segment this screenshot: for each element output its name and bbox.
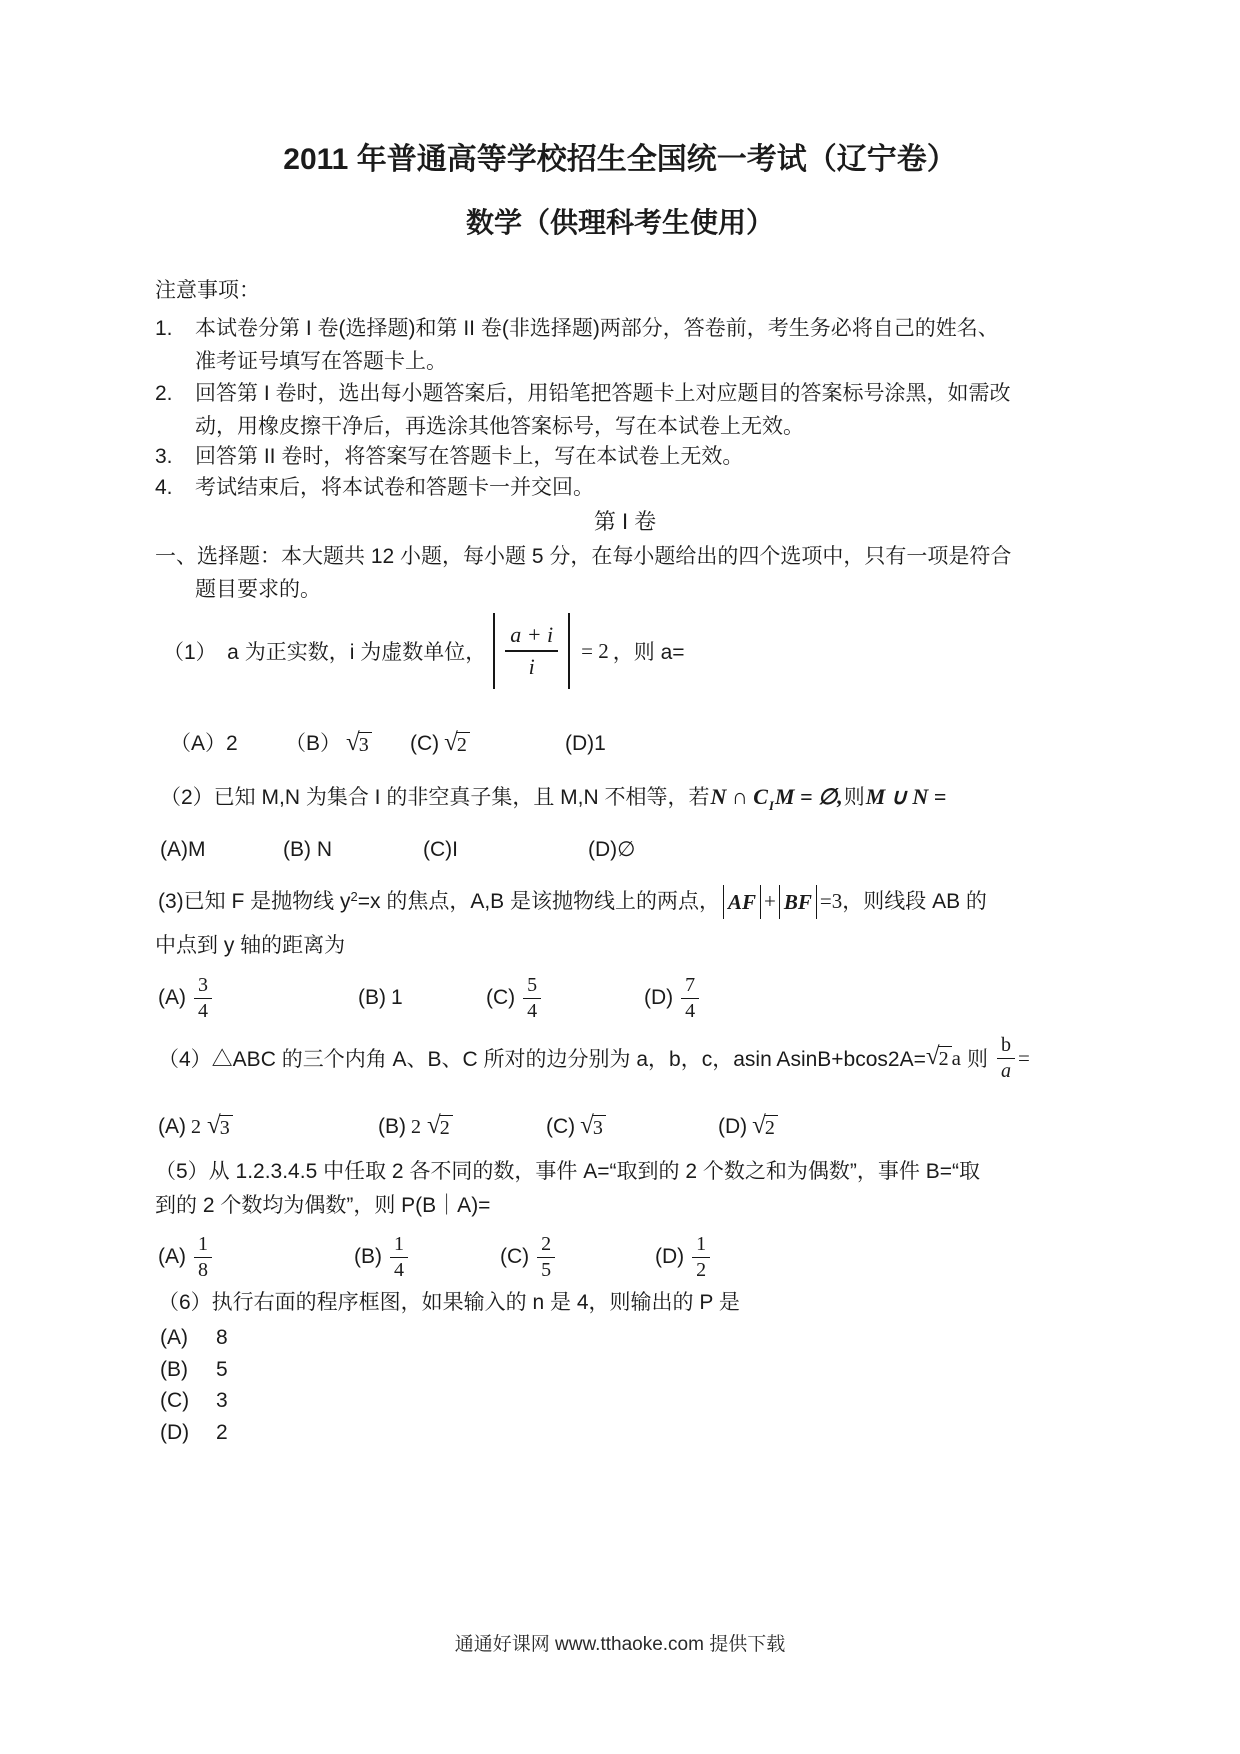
question-5-options: (A)18 (B)14 (C)25 (D)12 [158, 1229, 1098, 1285]
option-c: (C)√3 [546, 1108, 718, 1146]
fraction: a + i i [505, 623, 558, 679]
question-5: （5）从 1.2.3.4.5 中任取 2 各不同的数，事件 A=“取到的 2 个… [155, 1155, 1095, 1223]
fraction: 12 [692, 1233, 710, 1282]
sqrt-radical: √2 [752, 1115, 778, 1139]
notice-item-1: 1. 本试卷分第 I 卷(选择题)和第 II 卷(非选择题)两部分，答卷前，考生… [155, 312, 1095, 378]
fraction: ba [997, 1034, 1015, 1083]
fraction: 14 [390, 1233, 408, 1282]
sqrt-radical: √3 [207, 1115, 233, 1139]
option-c: (C)25 [500, 1233, 655, 1282]
page-title: 2011 年普通高等学校招生全国统一考试（辽宁卷） [0, 140, 1240, 180]
section-intro: 一、选择题：本大题共 12 小题，每小题 5 分，在每小题给出的四个选项中，只有… [155, 540, 1095, 606]
option-d: (D)2 [160, 1417, 1100, 1449]
sqrt-radical: √2 [926, 1046, 952, 1070]
fraction: 34 [194, 974, 212, 1023]
option-d: (D)√2 [718, 1108, 1098, 1146]
question-4: （4）△ABC 的三个内角 A、B、C 所对的边分别为 a，b，c，asin A… [158, 1026, 1098, 1090]
option-a: (A)M [160, 832, 283, 868]
fraction: 18 [194, 1233, 212, 1282]
question-1-options: （A）2 （B）√3 (C)√2 (D)1 [170, 720, 1110, 768]
option-a: (A)18 [158, 1233, 354, 1282]
option-c: (C)√2 [410, 724, 565, 764]
notice-item-4: 4. 考试结束后，将本试卷和答题卡一并交回。 [155, 471, 1095, 504]
option-a: (A)8 [160, 1322, 1100, 1354]
question-2-options: (A)M (B) N (C)I (D)∅ [160, 832, 1100, 868]
option-d: (D)12 [655, 1233, 1098, 1282]
fraction: 74 [681, 974, 699, 1023]
question-1: （1） a 为正实数，i 为虚数单位， a + i i = 2 ，则 a= [163, 612, 1103, 690]
option-b: (B) N [283, 832, 423, 868]
question-3-options: (A)34 (B)1 (C)54 (D)74 [158, 970, 1098, 1026]
question-2: （2）已知 M,N 为集合 I 的非空真子集，且 M,N 不相等，若N ∩ CI… [160, 780, 1100, 823]
option-a: （A）2 [170, 724, 285, 764]
question-6: （6）执行右面的程序框图，如果输入的 n 是 4，则输出的 P 是 [158, 1287, 1098, 1319]
option-b: (B)5 [160, 1354, 1100, 1386]
option-c: (C)54 [486, 974, 644, 1023]
sqrt-radical: √3 [580, 1115, 606, 1139]
option-b: (B)2√2 [378, 1108, 546, 1146]
notice-item-number: 3. [155, 440, 195, 473]
option-b: (B)1 [358, 986, 486, 1010]
notice-item-number: 2. [155, 377, 195, 443]
absolute-value-bars: AF [723, 885, 761, 919]
volume-heading: 第 I 卷 [155, 505, 1095, 539]
exam-paper-page: 2011 年普通高等学校招生全国统一考试（辽宁卷） 数学（供理科考生使用） 注意… [0, 0, 1240, 1754]
sqrt-radical: √3 [346, 732, 372, 756]
question-3: (3)已知 F 是抛物线 y2=x 的焦点，A,B 是该抛物线上的两点，AF+B… [158, 878, 1098, 921]
sqrt-radical: √2 [444, 732, 470, 756]
option-c: (C)I [423, 832, 588, 868]
sqrt-radical: √2 [427, 1115, 453, 1139]
notice-item-number: 4. [155, 471, 195, 504]
notice-heading: 注意事项： [155, 276, 1095, 306]
question-4-options: (A)2√3 (B)2√2 (C)√3 (D)√2 [158, 1108, 1098, 1146]
notice-item-number: 1. [155, 312, 195, 378]
fraction: 54 [523, 974, 541, 1023]
option-d: (D)1 [565, 724, 1110, 764]
fraction: 25 [537, 1233, 555, 1282]
question-6-options: (A)8 (B)5 (C)3 (D)2 [160, 1322, 1100, 1448]
absolute-value-bars: BF [779, 885, 817, 919]
subscript: I [769, 798, 774, 813]
superscript: 2 [351, 889, 358, 904]
option-c: (C)3 [160, 1385, 1100, 1417]
question-3-line-2: 中点到 y 轴的距离为 [155, 929, 1095, 962]
option-a: (A)2√3 [158, 1108, 378, 1146]
notice-item-3: 3. 回答第 II 卷时，将答案写在答题卡上，写在本试卷上无效。 [155, 440, 1095, 473]
option-d: (D)74 [644, 974, 1098, 1023]
absolute-value-bars: a + i i [493, 613, 570, 689]
option-d: (D)∅ [588, 832, 1100, 868]
option-a: (A)34 [158, 974, 358, 1023]
page-subtitle: 数学（供理科考生使用） [0, 203, 1240, 243]
option-b: （B）√3 [285, 724, 410, 764]
footer-text: 通通好课网 www.tthaoke.com 提供下载 [0, 1633, 1240, 1657]
option-b: (B)14 [354, 1233, 500, 1282]
notice-item-2: 2. 回答第 I 卷时，选出每小题答案后，用铅笔把答题卡上对应题目的答案标号涂黑… [155, 377, 1095, 443]
